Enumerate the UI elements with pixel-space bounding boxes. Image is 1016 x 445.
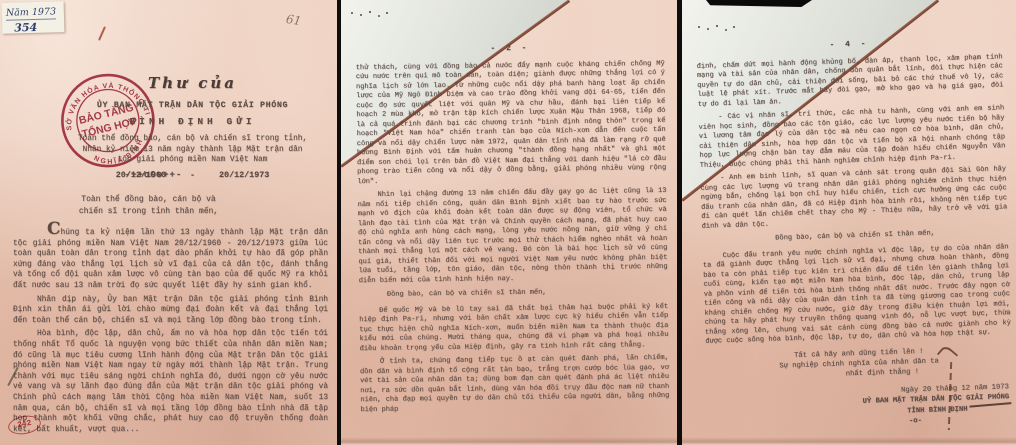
body-paragraph: Chúng ta kỷ niệm lần thứ 13 ngày thành l… xyxy=(13,224,328,292)
body-paragraph: Đế quốc Mỹ và bè lũ tay sai đã thất bại … xyxy=(359,302,669,354)
photo-page-3: - 4 - định, chấm dứt mọi hành động khủng… xyxy=(682,0,1016,445)
salutation-line-2: chiến sĩ trong tỉnh thân mến, xyxy=(0,206,297,218)
script-title: Thư của xyxy=(52,74,333,92)
archive-label-number: 354 xyxy=(6,21,37,35)
org-name-line: ỦY BAN MẶT TRẬN DÂN TỘC GIẢI PHÓNG xyxy=(52,100,333,110)
scanned-letter-photos: Năm 1973 354 61 SỞ VĂN HÓA VÀ THÔNG TIN xyxy=(0,0,1016,445)
handwritten-page-number: 61 xyxy=(285,12,302,28)
ornament-divider: -++oOo++- xyxy=(0,170,307,180)
addressee-line-2: Nhân kỷ niệm 13 năm ngày thành lập Mặt t… xyxy=(52,145,333,156)
archive-label-year: Năm 1973 xyxy=(6,6,57,20)
body-paragraph: - Các vị nhân sĩ, trí thức, các nhà tu h… xyxy=(698,104,1006,171)
body-paragraph: Hòa bình, độc lập, dân chủ, ấm no và hòa… xyxy=(13,329,328,435)
body-paragraph: định, chấm dứt mọi hành động khủng bố, đ… xyxy=(697,53,1004,110)
letter-heading: Thư của ỦY BAN MẶT TRẬN DÂN TỘC GIẢI PHÓ… xyxy=(52,74,333,180)
archive-label: Năm 1973 354 xyxy=(2,1,65,34)
page2-body: - 2 - thử thách, cùng với đồng bào cả nư… xyxy=(355,42,669,419)
org-place-line: BÌNH ĐỊNH GỬI xyxy=(52,116,333,127)
dust-specks xyxy=(698,26,700,28)
body-paragraph: thử thách, cùng với đồng bào cả nước đẩy… xyxy=(356,59,667,187)
dust-specks xyxy=(351,12,353,14)
body-paragraph: - Anh em binh lính, sĩ quan và cảnh sát … xyxy=(700,165,1008,232)
addressee-line-3: tộc giải phóng miền Nam Việt Nam xyxy=(52,155,333,166)
salutation-block: Toàn thể đồng bào, cán bộ và chiến sĩ tr… xyxy=(0,194,297,217)
red-ink-mark xyxy=(98,26,106,41)
body-paragraph: Nhân dịp này, Ủy ban Mặt trận Dân tộc gi… xyxy=(13,295,328,327)
salutation-line: Đồng bào, cán bộ và chiến sĩ thân mến, xyxy=(359,287,668,301)
addressee-line-1: Toàn thể đồng bào, cán bộ và chiến sĩ tr… xyxy=(52,134,333,145)
body-paragraph: Nhìn lại chặng đường 13 năm chiến đấu đầ… xyxy=(357,187,667,286)
body-paragraph: Ở tỉnh ta, chúng đang tiếp tục ồ ạt càn … xyxy=(360,354,670,415)
signature-block: Ngày 20 tháng 12 năm 1973 UỶ BAN MẶT TRẬ… xyxy=(707,382,1014,434)
photo-page-1: Năm 1973 354 61 SỞ VĂN HÓA VÀ THÔNG TIN xyxy=(0,0,337,445)
body-paragraph: Cuộc đấu tranh yêu nước chính nghĩa vì đ… xyxy=(702,243,1011,348)
page1-body: Chúng ta kỷ niệm lần thứ 13 ngày thành l… xyxy=(13,224,328,438)
salutation-line-1: Toàn thể đồng bào, cán bộ và xyxy=(0,194,297,206)
photo-page-2: - 2 - thử thách, cùng với đồng bào cả nư… xyxy=(341,0,677,445)
closing-slogans: Tất cả hãy anh dũng tiến lên ! Sự nghiệp… xyxy=(706,344,1013,384)
page3-body: - 4 - định, chấm dứt mọi hành động khủng… xyxy=(696,35,1014,433)
